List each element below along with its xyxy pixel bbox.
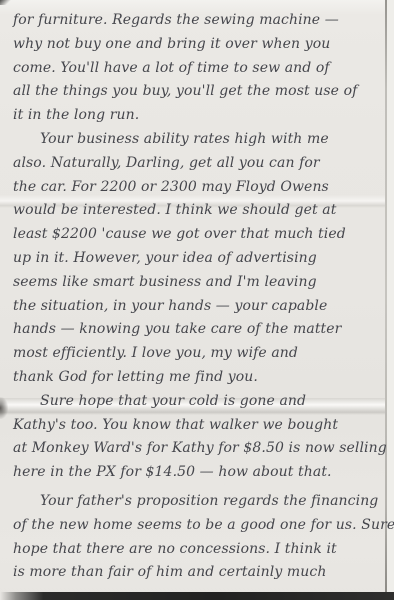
letter-line: come. You'll have a lot of time to sew a… [13,57,386,81]
letter-line: here in the PX for $14.50 — how about th… [13,461,386,485]
letter-line: hands — knowing you take care of the mat… [13,318,386,342]
letter-line: also. Naturally, Darling, get all you ca… [13,152,386,176]
letter-page: for furniture. Regards the sewing machin… [0,0,394,600]
letter-line: why not buy one and bring it over when y… [13,33,386,57]
letter-paragraph: Your father's proposition regards the fi… [13,490,386,585]
letter-line: the situation, in your hands — your capa… [13,295,386,319]
letter-line: least $2200 'cause we got over that much… [13,223,386,247]
letter-line: Your business ability rates high with me [13,128,386,152]
letter-line: most efficiently. I love you, my wife an… [13,342,386,366]
fold-edge-smudge [0,397,8,419]
letter-line: all the things you buy, you'll get the m… [13,80,386,104]
letter-line: would be interested. I think we should g… [13,199,386,223]
letter-line: Sure hope that your cold is gone and [13,390,386,414]
letter-paragraph: Your business ability rates high with me… [13,128,386,390]
letter-line: up in it. However, your idea of advertis… [13,247,386,271]
letter-line: thank God for letting me find you. [13,366,386,390]
letter-body: for furniture. Regards the sewing machin… [13,9,386,585]
letter-line: Your father's proposition regards the fi… [13,490,386,514]
letter-line: at Monkey Ward's for Kathy for $8.50 is … [13,437,386,461]
letter-line: the car. For 2200 or 2300 may Floyd Owen… [13,176,386,200]
right-paper-margin [387,0,394,600]
letter-paragraph: Sure hope that your cold is gone andKath… [13,390,386,485]
letter-line: hope that there are no concessions. I th… [13,538,386,562]
letter-line: seems like smart business and I'm leavin… [13,271,386,295]
bottom-edge-shadow [0,592,394,600]
top-left-corner-mark [0,0,11,5]
letter-paragraph: for furniture. Regards the sewing machin… [13,9,386,128]
letter-line: for furniture. Regards the sewing machin… [13,9,386,33]
letter-line: is more than fair of him and certainly m… [13,561,386,585]
letter-line: of the new home seems to be a good one f… [13,514,386,538]
letter-line: it in the long run. [13,104,386,128]
letter-line: Kathy's too. You know that walker we bou… [13,414,386,438]
